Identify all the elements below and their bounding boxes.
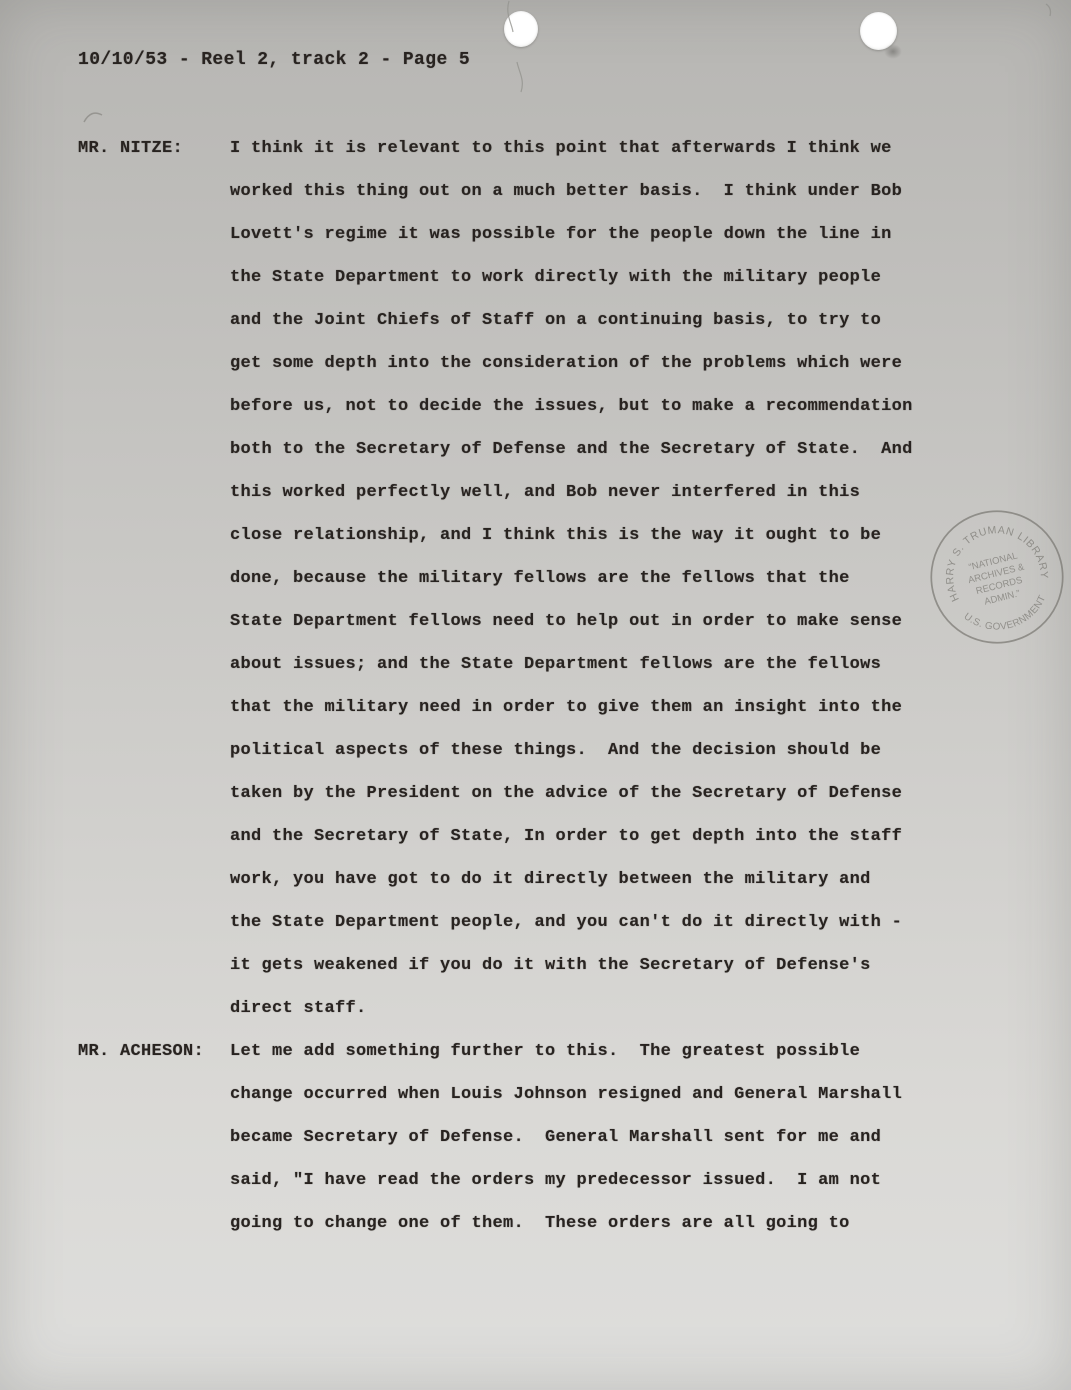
transcript-line: going to change one of them. These order…: [230, 1202, 998, 1245]
transcript-line: about issues; and the State Department f…: [230, 643, 998, 686]
transcript-line: Let me add something further to this. Th…: [230, 1030, 998, 1073]
punch-hole-left: [504, 11, 538, 47]
transcript-line: said, "I have read the orders my predece…: [230, 1159, 998, 1202]
transcript-line: I think it is relevant to this point tha…: [230, 127, 998, 170]
transcript-line: political aspects of these things. And t…: [230, 729, 998, 772]
transcript-line: work, you have got to do it directly bet…: [230, 858, 998, 901]
speech-lines: Let me add something further to this. Th…: [230, 1030, 998, 1245]
speech-acheson: MR. ACHESON: Let me add something furthe…: [78, 1030, 998, 1245]
transcript-line: the State Department to work directly wi…: [230, 256, 998, 299]
transcript-line: change occurred when Louis Johnson resig…: [230, 1073, 998, 1116]
corner-pencil-mark: [1036, 0, 1066, 24]
speech-nitze: MR. NITZE: I think it is relevant to thi…: [78, 127, 998, 1030]
ink-smudge: [884, 44, 902, 59]
transcript-line: close relationship, and I think this is …: [230, 514, 998, 557]
transcript-line: before us, not to decide the issues, but…: [230, 385, 998, 428]
transcript-line: it gets weakened if you do it with the S…: [230, 944, 998, 987]
transcript-line: and the Secretary of State, In order to …: [230, 815, 998, 858]
transcript-line: taken by the President on the advice of …: [230, 772, 998, 815]
transcript-line: both to the Secretary of Defense and the…: [230, 428, 998, 471]
speaker-label-nitze: MR. NITZE:: [78, 127, 183, 170]
transcript-line: worked this thing out on a much better b…: [230, 170, 998, 213]
transcript-line: this worked perfectly well, and Bob neve…: [230, 471, 998, 514]
transcript-line: State Department fellows need to help ou…: [230, 600, 998, 643]
transcript-line: and the Joint Chiefs of Staff on a conti…: [230, 299, 998, 342]
transcript-line: get some depth into the consideration of…: [230, 342, 998, 385]
page-header: 10/10/53 - Reel 2, track 2 - Page 5: [78, 50, 470, 70]
transcript: MR. NITZE: I think it is relevant to thi…: [78, 127, 998, 1245]
speaker-label-acheson: MR. ACHESON:: [78, 1030, 204, 1073]
transcript-line: Lovett's regime it was possible for the …: [230, 213, 998, 256]
transcript-line: direct staff.: [230, 987, 998, 1030]
transcript-line: the State Department people, and you can…: [230, 901, 998, 944]
transcript-line: done, because the military fellows are t…: [230, 557, 998, 600]
transcript-line: became Secretary of Defense. General Mar…: [230, 1116, 998, 1159]
scanned-transcript-page: 10/10/53 - Reel 2, track 2 - Page 5 MR. …: [0, 0, 1071, 1390]
speech-lines: I think it is relevant to this point tha…: [230, 127, 998, 1030]
transcript-line: that the military need in order to give …: [230, 686, 998, 729]
